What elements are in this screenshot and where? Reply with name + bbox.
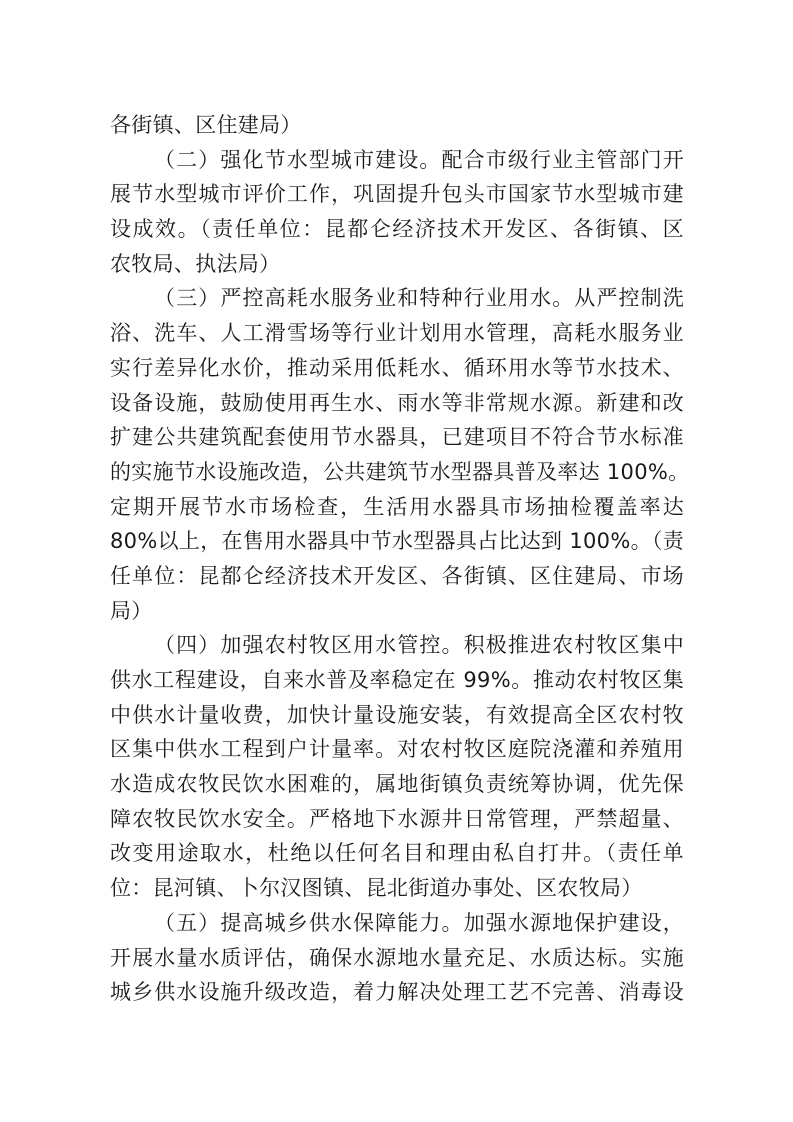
- paragraph-heading-line: （四）加强农村牧区用水管控。积极推进农村牧区集中: [110, 628, 684, 663]
- document-page: 各街镇、区住建局） （二）强化节水型城市建设。配合市级行业主管部门开 展节水型城…: [110, 108, 684, 1010]
- paragraph-high-consumption: （三）严控高耗水服务业和特种行业用水。从严控制洗 浴、洗车、人工滑雪场等行业计划…: [110, 281, 684, 628]
- text-line: 农牧局、执法局）: [110, 247, 684, 282]
- text-line: 展节水型城市评价工作，巩固提升包头市国家节水型城市建: [110, 177, 684, 212]
- paragraph-water-saving-city: （二）强化节水型城市建设。配合市级行业主管部门开 展节水型城市评价工作，巩固提升…: [110, 143, 684, 282]
- text-line: 浴、洗车、人工滑雪场等行业计划用水管理，高耗水服务业: [110, 316, 684, 351]
- paragraph-continuation: 各街镇、区住建局）: [110, 108, 684, 143]
- text-line: 中供水计量收费，加快计量设施安装，有效提高全区农村牧: [110, 698, 684, 733]
- text-line: 任单位：昆都仑经济技术开发区、各街镇、区住建局、市场: [110, 559, 684, 594]
- text-line: 各街镇、区住建局）: [110, 108, 684, 143]
- text-line: 80%以上，在售用水器具中节水型器具占比达到 100%。（责: [110, 524, 684, 559]
- paragraph-heading-line: （二）强化节水型城市建设。配合市级行业主管部门开: [110, 143, 684, 178]
- text-line: 城乡供水设施升级改造，着力解决处理工艺不完善、消毒设: [110, 975, 684, 1010]
- text-line: 设备设施，鼓励使用再生水、雨水等非常规水源。新建和改: [110, 386, 684, 421]
- text-line: 实行差异化水价，推动采用低耗水、循环用水等节水技术、: [110, 351, 684, 386]
- text-line: 供水工程建设，自来水普及率稳定在 99%。推动农村牧区集: [110, 663, 684, 698]
- text-line: 障农牧民饮水安全。严格地下水源井日常管理，严禁超量、: [110, 802, 684, 837]
- paragraph-heading-line: （五）提高城乡供水保障能力。加强水源地保护建设，: [110, 906, 684, 941]
- text-line: 局）: [110, 594, 684, 629]
- text-line: 定期开展节水市场检查，生活用水器具市场抽检覆盖率达: [110, 490, 684, 525]
- text-line: 的实施节水设施改造，公共建筑节水型器具普及率达 100%。: [110, 455, 684, 490]
- text-line: 设成效。（责任单位：昆都仑经济技术开发区、各街镇、区: [110, 212, 684, 247]
- paragraph-heading-line: （三）严控高耗水服务业和特种行业用水。从严控制洗: [110, 281, 684, 316]
- text-line: 水造成农牧民饮水困难的，属地街镇负责统筹协调，优先保: [110, 767, 684, 802]
- paragraph-urban-rural-supply: （五）提高城乡供水保障能力。加强水源地保护建设， 开展水量水质评估，确保水源地水…: [110, 906, 684, 1010]
- paragraph-rural-pastoral: （四）加强农村牧区用水管控。积极推进农村牧区集中 供水工程建设，自来水普及率稳定…: [110, 628, 684, 906]
- text-line: 区集中供水工程到户计量率。对农村牧区庭院浇灌和养殖用: [110, 732, 684, 767]
- text-line: 扩建公共建筑配套使用节水器具，已建项目不符合节水标准: [110, 420, 684, 455]
- text-line: 开展水量水质评估，确保水源地水量充足、水质达标。实施: [110, 941, 684, 976]
- text-line: 位：昆河镇、卜尔汉图镇、昆北街道办事处、区农牧局）: [110, 871, 684, 906]
- text-line: 改变用途取水，杜绝以任何名目和理由私自打井。（责任单: [110, 836, 684, 871]
